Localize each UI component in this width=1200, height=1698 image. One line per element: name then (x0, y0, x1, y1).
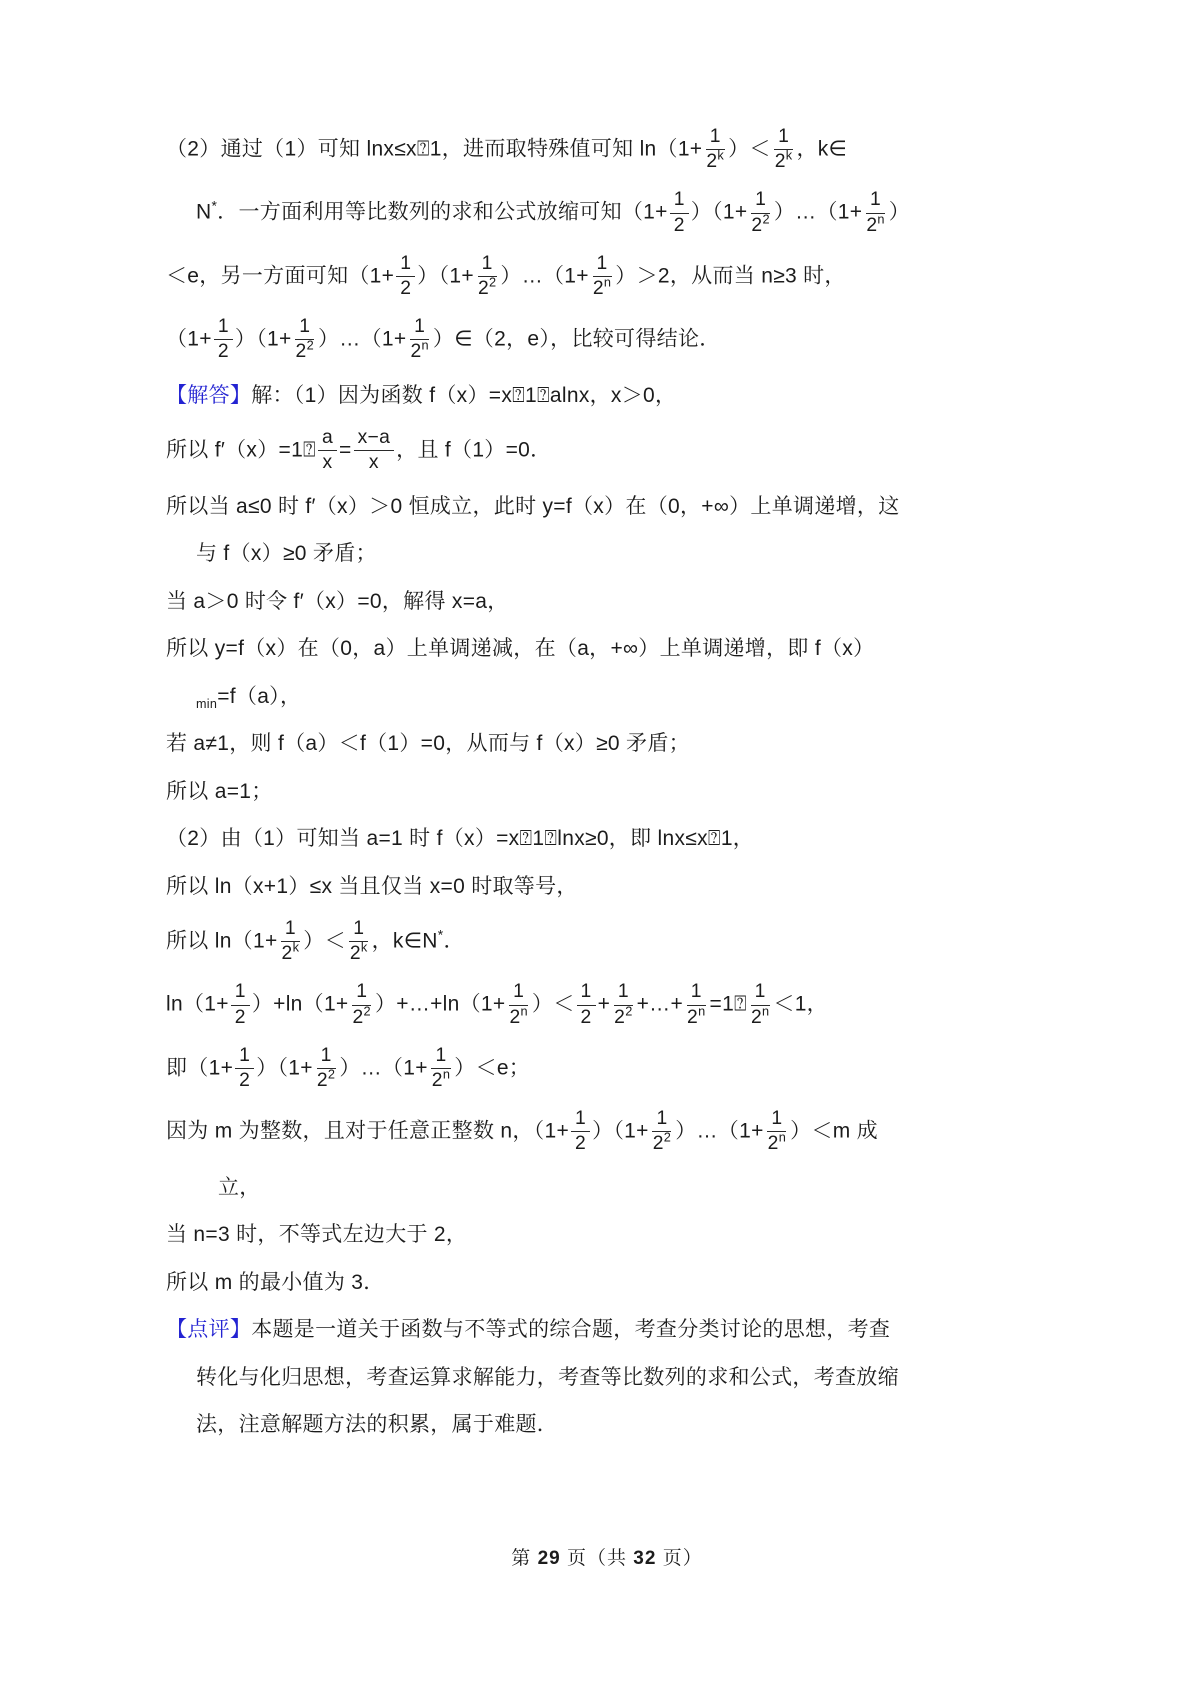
fraction: x−ax (354, 427, 395, 474)
text-line: 若 a≠1，则 f（a）＜f（1）=0，从而与 f（x）≥0 矛盾； (166, 728, 1048, 760)
fraction-denominator: 2 (233, 1006, 248, 1029)
text-line: 所以 ln（1+12k）＜12k，k∈N*． (166, 918, 1048, 965)
fraction: 122 (315, 1045, 337, 1092)
subscript: min (196, 697, 217, 711)
fraction-denominator: 2k (280, 942, 302, 965)
fraction-denominator: x (320, 451, 334, 474)
text-run: （1+ (166, 327, 212, 350)
fraction-exponent: 2 (664, 1130, 671, 1145)
document-page: （2）通过（1）可知 lnx≤x⍰1，进而取特殊值可知 ln（1+12k）＜12… (0, 0, 1200, 1698)
text-run: ＜e，另一方面可知（1+ (166, 264, 394, 287)
text-line: 所以 a=1； (166, 776, 1048, 808)
footer-page-number: 29 (538, 1548, 561, 1569)
text-run: 所以 f′（x）=1⍰ (166, 438, 316, 461)
fraction-denominator: 2n (749, 1006, 771, 1029)
text-line: 当 n=3 时，不等式左边大于 2， (166, 1219, 1048, 1251)
text-run: ，且 f（1）=0． (396, 438, 551, 461)
fraction-numerator: 1 (478, 253, 497, 277)
fraction-denominator: 2n (408, 340, 430, 363)
fraction-exponent: n (762, 1003, 769, 1018)
fraction-exponent: k (717, 148, 724, 163)
text-line: 所以 m 的最小值为 3． (166, 1267, 1048, 1299)
footer-text-suffix: 页） (656, 1548, 702, 1569)
fraction-numerator: 1 (593, 253, 612, 277)
solution-text: （2）通过（1）可知 lnx≤x⍰1，进而取特殊值可知 ln（1+12k）＜12… (166, 126, 1048, 1457)
text-run: ）…（1+ (774, 201, 862, 224)
fraction: 12k (348, 918, 370, 965)
text-run: 若 a≠1，则 f（a）＜f（1）=0，从而与 f（x）≥0 矛盾； (166, 732, 690, 755)
fraction-exponent: k (361, 940, 368, 955)
text-run: ）…（1+ (339, 1056, 427, 1079)
fraction-numerator: x−a (354, 427, 395, 451)
fraction-numerator: a (318, 427, 337, 451)
text-run: ，k∈N (372, 929, 438, 952)
fraction-numerator: 1 (317, 1045, 336, 1069)
text-run: + (598, 993, 611, 1016)
text-run: ln（1+ (166, 993, 229, 1016)
text-line: （1+12）（1+122）…（1+12n）∈（2，e），比较可得结论． (166, 316, 1048, 363)
fraction: 12 (577, 981, 596, 1028)
text-run: ）＜ (728, 137, 771, 160)
fraction-numerator: 1 (687, 981, 706, 1005)
text-line: （2）通过（1）可知 lnx≤x⍰1，进而取特殊值可知 ln（1+12k）＜12… (166, 126, 1048, 173)
text-run: ，k∈ (796, 137, 847, 160)
fraction-denominator: 2 (573, 1132, 588, 1155)
fraction: 12 (396, 253, 415, 300)
text-line: min=f（a）， (166, 681, 1048, 713)
fraction-numerator: 1 (751, 189, 770, 213)
fraction: 122 (651, 1108, 673, 1155)
footer-text-mid: 页（共 (561, 1548, 634, 1569)
fraction: 12k (280, 918, 302, 965)
fraction-exponent: k (786, 148, 793, 163)
text-line: ＜e，另一方面可知（1+12）（1+122）…（1+12n）＞2，从而当 n≥3… (166, 253, 1048, 300)
fraction: 12n (408, 316, 430, 363)
fraction-exponent: k (293, 940, 300, 955)
fraction-denominator: 2n (685, 1006, 707, 1029)
fraction-denominator: 2k (704, 150, 726, 173)
fraction-exponent: 2 (489, 275, 496, 290)
text-run: 转化与化归思想，考查运算求解能力，考查等比数列的求和公式，考查放缩 (196, 1366, 899, 1389)
fraction-exponent: n (521, 1003, 528, 1018)
fraction-exponent: 2 (364, 1003, 371, 1018)
text-line: （2）由（1）可知当 a=1 时 f（x）=x⍰1⍰lnx≥0，即 lnx≤x⍰… (166, 823, 1048, 855)
fraction-numerator: 1 (670, 189, 689, 213)
text-run: =f（a）， (217, 685, 301, 708)
fraction-numerator: 1 (866, 189, 885, 213)
fraction-numerator: 1 (431, 1045, 450, 1069)
fraction: 12 (670, 189, 689, 236)
fraction-numerator: 1 (509, 981, 528, 1005)
text-run: 法，注意解题方法的积累，属于难题． (196, 1413, 558, 1436)
fraction-denominator: 22 (651, 1132, 673, 1155)
text-line: 与 f（x）≥0 矛盾； (166, 538, 1048, 570)
fraction: ax (318, 427, 337, 474)
text-line: 法，注意解题方法的积累，属于难题． (166, 1409, 1048, 1441)
fraction-exponent: n (443, 1067, 450, 1082)
text-line: 转化与化归思想，考查运算求解能力，考查等比数列的求和公式，考查放缩 (166, 1362, 1048, 1394)
section-label: 【点评】 (166, 1318, 251, 1341)
fraction-denominator: 2k (773, 150, 795, 173)
fraction-numerator: 1 (235, 1045, 254, 1069)
fraction-numerator: 1 (410, 316, 429, 340)
fraction: 12 (231, 981, 250, 1028)
fraction-denominator: 2n (507, 1006, 529, 1029)
text-run: 所以 a=1； (166, 780, 273, 803)
text-run: ．一方面利用等比数列的求和公式放缩可知（1+ (217, 201, 668, 224)
text-run: ）＞2，从而当 n≥3 时， (615, 264, 845, 287)
text-line: ln（1+12）+ln（1+122）+…+ln（1+12n）＜12+122+…+… (166, 981, 1048, 1028)
text-run: ）＜m 成 (790, 1120, 878, 1143)
fraction-denominator: 22 (294, 340, 316, 363)
text-run: （2）由（1）可知当 a=1 时 f（x）=x⍰1⍰lnx≥0，即 lnx≤x⍰… (166, 827, 754, 850)
fraction-denominator: 2 (216, 340, 231, 363)
fraction-numerator: 1 (751, 981, 770, 1005)
fraction: 122 (294, 316, 316, 363)
text-run: （2）通过（1）可知 lnx≤x⍰1，进而取特殊值可知 ln（1+ (166, 137, 702, 160)
fraction: 12 (235, 1045, 254, 1092)
fraction-denominator: 2n (766, 1132, 788, 1155)
text-line: 因为 m 为整数，且对于任意正整数 n，（1+12）（1+122）…（1+12n… (166, 1108, 1048, 1155)
text-run: 与 f（x）≥0 矛盾； (196, 542, 377, 565)
fraction: 122 (476, 253, 498, 300)
fraction-numerator: 1 (652, 1108, 671, 1132)
fraction-numerator: 1 (295, 316, 314, 340)
fraction: 122 (612, 981, 634, 1028)
fraction-exponent: n (422, 338, 429, 353)
text-run: ）（1+ (235, 327, 292, 350)
text-line: 所以 f′（x）=1⍰ax=x−ax，且 f（1）=0． (166, 427, 1048, 474)
fraction: 12n (685, 981, 707, 1028)
text-run: 即（1+ (166, 1056, 233, 1079)
text-line: 所以 ln（x+1）≤x 当且仅当 x=0 时取等号， (166, 871, 1048, 903)
fraction-numerator: 1 (614, 981, 633, 1005)
fraction-denominator: 2n (591, 277, 613, 300)
fraction: 12n (864, 189, 886, 236)
fraction-numerator: 1 (231, 981, 250, 1005)
text-line: 所以当 a≤0 时 f′（x）＞0 恒成立，此时 y=f（x）在（0，+∞）上单… (166, 491, 1048, 523)
footer-text-prefix: 第 (511, 1548, 537, 1569)
text-line: 即（1+12）（1+122）…（1+12n）＜e； (166, 1045, 1048, 1092)
fraction-exponent: 2 (328, 1067, 335, 1082)
text-run: =1⍰ (710, 993, 747, 1016)
fraction-denominator: 22 (351, 1006, 373, 1029)
text-run: 当 n=3 时，不等式左边大于 2， (166, 1223, 467, 1246)
fraction-exponent: n (779, 1130, 786, 1145)
text-run: 所以 ln（x+1）≤x 当且仅当 x=0 时取等号， (166, 875, 578, 898)
text-run: +…+ (637, 993, 683, 1016)
text-run: = (339, 438, 352, 461)
fraction-denominator: 22 (612, 1006, 634, 1029)
text-run: 所以 y=f（x）在（0，a）上单调递减，在（a，+∞）上单调递增，即 f（x） (166, 637, 874, 660)
text-run: ）∈（2，e），比较可得结论． (433, 327, 721, 350)
text-run: ）…（1+ (500, 264, 588, 287)
fraction-numerator: 1 (577, 981, 596, 1005)
text-line: 立， (166, 1172, 1048, 1204)
fraction-denominator: x (367, 451, 381, 474)
text-run: 当 a＞0 时令 f′（x）=0，解得 x=a， (166, 590, 509, 613)
fraction-denominator: 22 (476, 277, 498, 300)
fraction-numerator: 1 (349, 918, 368, 942)
text-run: 因为 m 为整数，且对于任意正整数 n，（1+ (166, 1120, 569, 1143)
text-run: ）＜ (303, 929, 346, 952)
text-run: 所以当 a≤0 时 f′（x）＞0 恒成立，此时 y=f（x）在（0，+∞）上单… (166, 495, 900, 518)
text-run: ）（1+ (256, 1056, 313, 1079)
fraction-numerator: 1 (396, 253, 415, 277)
text-line: 【点评】本题是一道关于函数与不等式的综合题，考查分类讨论的思想，考查 (166, 1314, 1048, 1346)
fraction-exponent: 2 (307, 338, 314, 353)
text-run: 解：（1）因为函数 f（x）=x⍰1⍰alnx，x＞0， (251, 384, 676, 407)
text-run: ）…（1+ (675, 1120, 763, 1143)
fraction-numerator: 1 (774, 126, 793, 150)
fraction-denominator: 2 (672, 214, 687, 237)
fraction-numerator: 1 (767, 1108, 786, 1132)
text-run: 所以 m 的最小值为 3． (166, 1271, 385, 1294)
fraction: 12n (430, 1045, 452, 1092)
text-run: ＜1， (773, 993, 828, 1016)
fraction: 12n (507, 981, 529, 1028)
fraction-exponent: n (698, 1003, 705, 1018)
text-run: 立， (218, 1176, 261, 1199)
fraction: 122 (351, 981, 373, 1028)
fraction-exponent: n (604, 275, 611, 290)
footer-total-pages: 32 (633, 1548, 656, 1569)
text-run: 本题是一道关于函数与不等式的综合题，考查分类讨论的思想，考查 (251, 1318, 890, 1341)
text-line: N*．一方面利用等比数列的求和公式放缩可知（1+12）（1+122）…（1+12… (166, 189, 1048, 236)
fraction: 12n (591, 253, 613, 300)
fraction-numerator: 1 (281, 918, 300, 942)
fraction-numerator: 1 (706, 126, 725, 150)
fraction-exponent: n (877, 211, 884, 226)
text-run: ）（1+ (417, 264, 474, 287)
fraction: 12k (704, 126, 726, 173)
text-run: ）+ln（1+ (252, 993, 349, 1016)
page-footer: 第 29 页（共 32 页） (166, 1543, 1048, 1698)
text-run: ）…（1+ (318, 327, 406, 350)
text-run: ） (889, 201, 910, 224)
fraction-denominator: 2k (348, 942, 370, 965)
fraction: 12n (766, 1108, 788, 1155)
fraction: 12 (571, 1108, 590, 1155)
text-run: ）＜e； (454, 1056, 530, 1079)
text-line: 所以 y=f（x）在（0，a）上单调递减，在（a，+∞）上单调递增，即 f（x） (166, 633, 1048, 665)
fraction-numerator: 1 (571, 1108, 590, 1132)
fraction-denominator: 2 (398, 277, 413, 300)
fraction-denominator: 2 (579, 1006, 594, 1029)
fraction-denominator: 22 (315, 1069, 337, 1092)
fraction-denominator: 2 (237, 1069, 252, 1092)
text-run: ）（1+ (592, 1120, 649, 1143)
text-line: 【解答】解：（1）因为函数 f（x）=x⍰1⍰alnx，x＞0， (166, 380, 1048, 412)
text-run: 所以 ln（1+ (166, 929, 278, 952)
fraction: 12k (773, 126, 795, 173)
fraction-denominator: 22 (749, 214, 771, 237)
fraction: 12n (749, 981, 771, 1028)
text-run: ）（1+ (691, 201, 748, 224)
text-line: 当 a＞0 时令 f′（x）=0，解得 x=a， (166, 586, 1048, 618)
fraction-exponent: 2 (762, 211, 769, 226)
fraction-exponent: 2 (625, 1003, 632, 1018)
fraction-denominator: 2n (864, 214, 886, 237)
text-run: N (196, 201, 211, 224)
fraction-numerator: 1 (214, 316, 233, 340)
text-run: ． (443, 929, 464, 952)
text-run: ）＜ (532, 993, 575, 1016)
fraction: 12 (214, 316, 233, 363)
text-run: ）+…+ln（1+ (375, 993, 506, 1016)
fraction: 122 (749, 189, 771, 236)
fraction-denominator: 2n (430, 1069, 452, 1092)
section-label: 【解答】 (166, 384, 251, 407)
fraction-numerator: 1 (352, 981, 371, 1005)
